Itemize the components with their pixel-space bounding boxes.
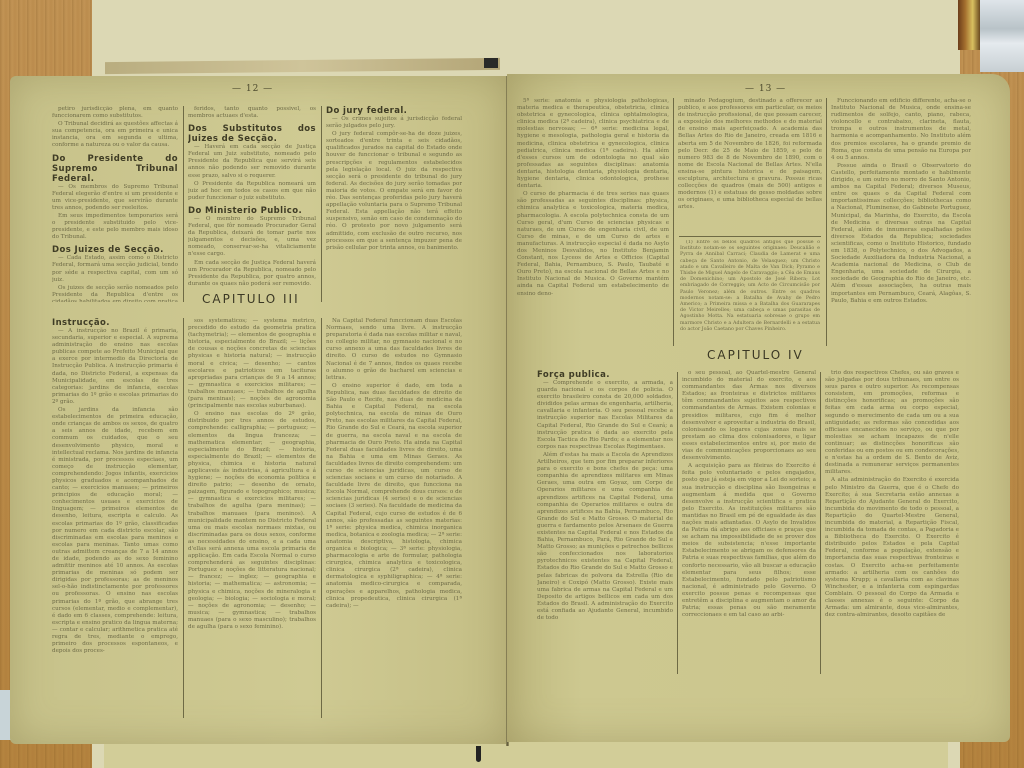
column-rule bbox=[183, 318, 184, 718]
column-rule bbox=[673, 98, 674, 346]
left-bottom-column-3: Na Capital Federal funccionam duas Escol… bbox=[326, 318, 462, 718]
column-rule bbox=[677, 372, 678, 674]
section-heading: Dos Substitutos dos Juizes de Secção. bbox=[188, 124, 316, 144]
paragraph: 5ª serie: anatomia e physiologia patholo… bbox=[517, 98, 669, 190]
right-page: — 13 — 5ª serie: anatomia e physiologia … bbox=[507, 74, 1010, 742]
column-rule bbox=[826, 98, 827, 346]
left-top-column-2: feridos, tanto quanto possivel, os membr… bbox=[188, 106, 316, 302]
paragraph: — Os membros do Supremo Tribunal Federal… bbox=[52, 184, 178, 212]
footnote-text: (1) Entre os bellos quadros antigos que … bbox=[680, 240, 820, 333]
page-number-left: — 12 — bbox=[232, 84, 273, 94]
page-number-right: — 13 — bbox=[745, 84, 786, 94]
column-rule bbox=[321, 106, 322, 302]
right-bottom-column-3: trio dos respectivos Chefes, ou são grav… bbox=[825, 370, 959, 674]
paragraph: feridos, tanto quanto possivel, os membr… bbox=[188, 106, 316, 120]
bookmark-ribbon bbox=[476, 746, 481, 762]
paragraph: — A instrucção no Brazil é primaria, sec… bbox=[52, 328, 178, 406]
left-top-column-3: Do jury federal. — Os crimes sujeitos á … bbox=[326, 106, 462, 302]
paragraph: Em seus impedimentos temporarios será o … bbox=[52, 213, 178, 241]
paragraph: trio dos respectivos Chefes, ou são grav… bbox=[825, 370, 959, 476]
paragraph: Possue ainda o Brasil o Observatorio do … bbox=[831, 163, 971, 305]
footnote-rule bbox=[679, 236, 821, 237]
paragraph: petiro jurisdicção plena, em quanto func… bbox=[52, 106, 178, 120]
left-bottom-column-1: Instrucção. — A instrucção no Brazil é p… bbox=[52, 318, 178, 718]
right-top-column-2: minado Pedagogium, destinado a offerecer… bbox=[678, 98, 822, 232]
paragraph: Na Capital Federal funccionam duas Escol… bbox=[326, 318, 462, 382]
section-heading: Do Presidente do Supremo Tribunal Federa… bbox=[52, 154, 178, 184]
right-bottom-column-1: Força publica. — Comprehende o exercito,… bbox=[537, 370, 673, 674]
left-top-column-1: petiro jurisdicção plena, em quanto func… bbox=[52, 106, 178, 302]
paragraph: Funccionando em edificio differente, ach… bbox=[831, 98, 971, 162]
paragraph: Em cada secção de Justiça Federal haverá… bbox=[188, 260, 316, 288]
paragraph: O jury federal compôr-se-ha de doze juiz… bbox=[326, 131, 462, 252]
paragraph: O curso de pharmacia é de tres series na… bbox=[517, 191, 669, 297]
paragraph: Além d'estas ha mais a Escola de Aprendi… bbox=[537, 452, 673, 622]
book-binding-strip bbox=[105, 58, 500, 74]
footnote: (1) Entre os bellos quadros antigos que … bbox=[680, 240, 820, 346]
column-rule bbox=[820, 372, 821, 674]
right-top-column-3: Funccionando em edificio differente, ach… bbox=[831, 98, 971, 346]
right-top-column-1: 5ª serie: anatomia e physiologia patholo… bbox=[517, 98, 669, 346]
section-heading: Do jury federal. bbox=[326, 106, 462, 116]
chapter-title-left: CAPITULO III bbox=[202, 292, 300, 306]
section-heading: Do Ministerio Publico. bbox=[188, 206, 316, 216]
paragraph: A alta administração do Exercito é exerc… bbox=[825, 477, 959, 619]
section-heading: Instrucção. bbox=[52, 318, 178, 328]
chapter-title-right: CAPITULO IV bbox=[707, 348, 804, 362]
paragraph: A acquisição para as fileiras do Exercit… bbox=[682, 463, 816, 619]
paragraph: — Haverá em cada secção de Justiça Feder… bbox=[188, 144, 316, 179]
right-bottom-column-2: o seu pessoal, ao Quartel-mestre General… bbox=[682, 370, 816, 674]
paragraph: O ensino superior é dado, em toda a Repu… bbox=[326, 383, 462, 610]
section-heading: Dos Juizes de Secção. bbox=[52, 245, 178, 255]
paragraph: Os juizes de secção serão nomeados pelo … bbox=[52, 285, 178, 302]
paragraph: — Comprehende o exercito, a armada, a gu… bbox=[537, 380, 673, 451]
paragraph: — Cada Estado, assim como o Districto Fe… bbox=[52, 255, 178, 283]
paragraph: o seu pessoal, ao Quartel-mestre General… bbox=[682, 370, 816, 462]
paragraph: O Tribunal decidirá as questões affectas… bbox=[52, 121, 178, 149]
section-heading: Força publica. bbox=[537, 370, 673, 380]
paragraph: Os jardins da infancia são estabelecimen… bbox=[52, 407, 178, 655]
left-page: — 12 — petiro jurisdicção plena, em quan… bbox=[10, 76, 507, 744]
paragraph: — O membro do Supremo Tribunal Federal, … bbox=[188, 216, 316, 259]
left-bottom-column-2: sos systematicos; — systema metrico, pre… bbox=[188, 318, 316, 718]
paragraph: minado Pedagogium, destinado a offerecer… bbox=[678, 98, 822, 212]
column-rule bbox=[321, 318, 322, 718]
paragraph: sos systematicos; — systema metrico, pre… bbox=[188, 318, 316, 410]
paragraph: O Presidente da Republica nomeará um jui… bbox=[188, 181, 316, 202]
column-rule bbox=[183, 106, 184, 302]
binding-cap bbox=[484, 58, 498, 68]
open-book: — 12 — petiro jurisdicção plena, em quan… bbox=[10, 36, 1000, 708]
paragraph: — Os crimes sujeitos á jurisdicção feder… bbox=[326, 116, 462, 130]
paragraph: O ensino nas escolas do 2º grão, distrib… bbox=[188, 411, 316, 631]
